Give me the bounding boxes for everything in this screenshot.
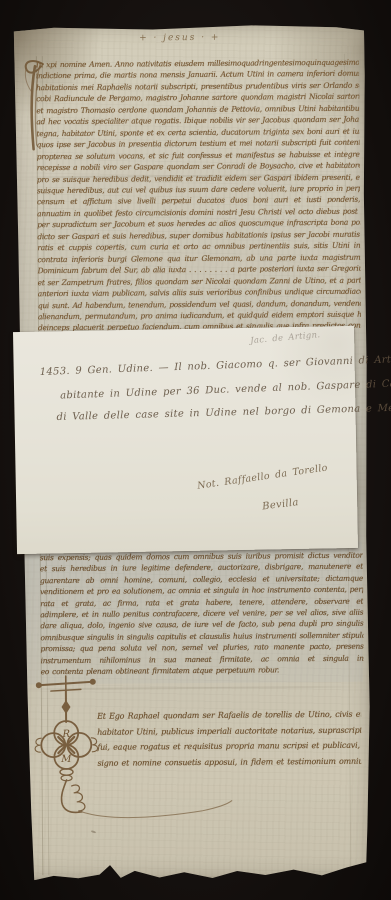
invocation-header: + · jesus · + (120, 33, 240, 44)
archivist-paper-slip: Jac. de Artign. 1453. 9 Gen. Udine. — Il… (13, 326, 358, 554)
signum-letter-top: R (61, 729, 70, 740)
manuscript-line: Et Ego Raphael quondam ser Rafaelis de t… (97, 707, 361, 725)
slip-signature-line: Bevilla (262, 497, 300, 512)
deed-text-lower-block: suis expensis; quas quidem domos cum omn… (40, 550, 364, 678)
manuscript-line: signo et nomine consuetis apposui, in fi… (97, 754, 361, 772)
slip-corner-note: Jac. de Artign. (250, 330, 321, 346)
archival-photo: + · jesus · + In xpi nomine Amen. Anno n… (0, 0, 391, 900)
notary-subscription-block: Et Ego Raphael quondam ser Rafaelis de t… (97, 707, 361, 772)
signum-letter-bottom: M (60, 754, 72, 765)
ink-speck (91, 830, 96, 834)
slip-annotation-line: di Valle delle case site in Udine nel bo… (56, 402, 391, 423)
slip-signature-line: Not. Raffaello da Torello (197, 462, 329, 491)
slip-annotation-line: 1453. 9 Gen. Udine. — Il nob. Giacomo q.… (40, 353, 391, 377)
slip-annotation-line: abitante in Udine per 36 Duc. vende al n… (60, 377, 391, 401)
deed-text-upper-block: In xpi nomine Amen. Anno nativitatis eiu… (36, 57, 361, 334)
